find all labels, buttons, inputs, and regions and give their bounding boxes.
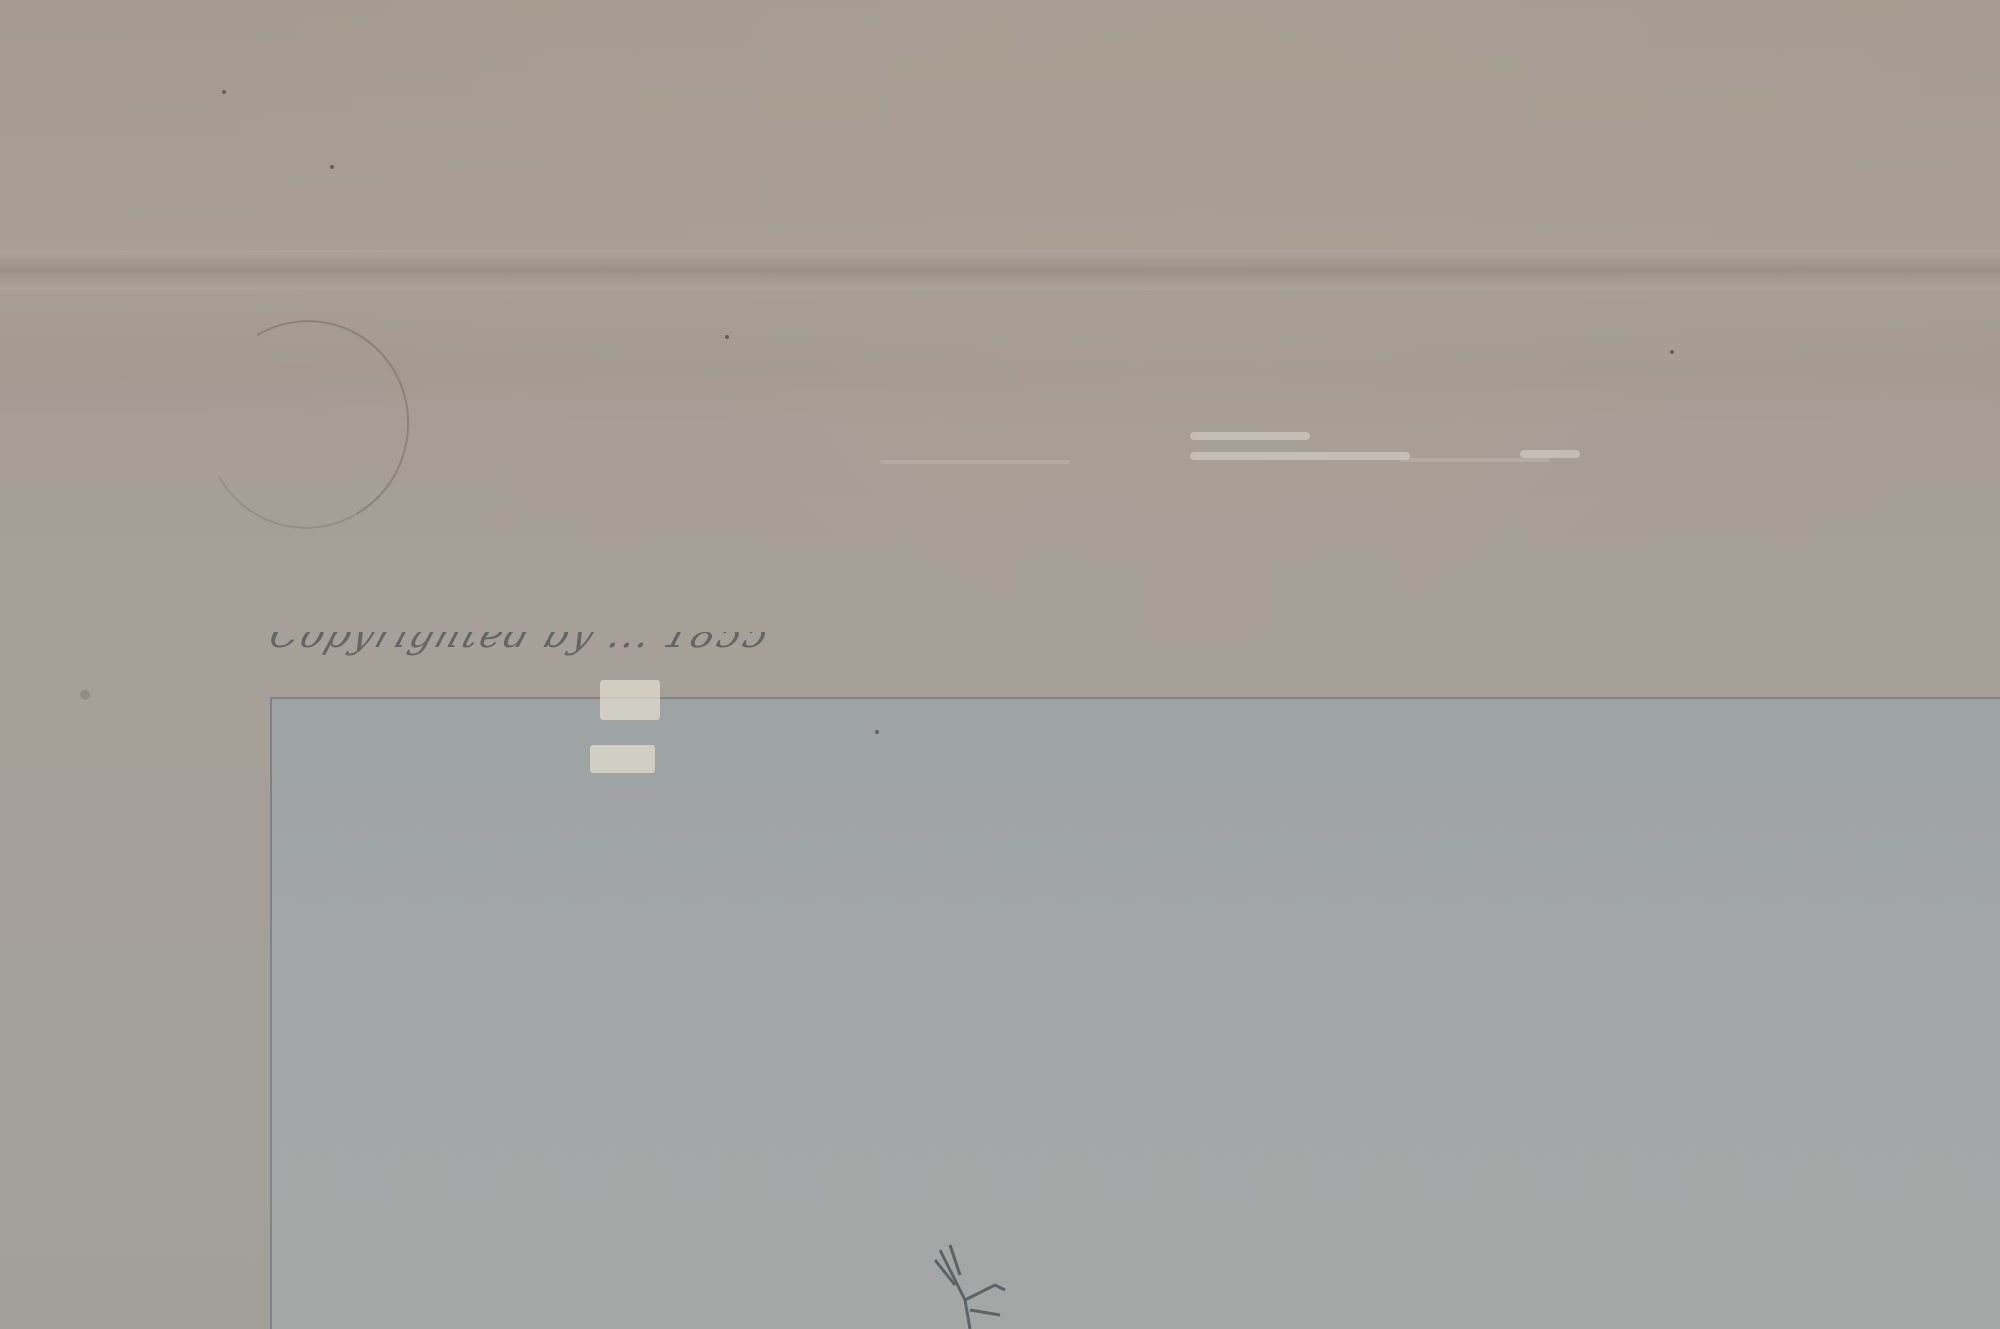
speck <box>875 730 879 734</box>
sketch-fragment <box>910 1230 1030 1329</box>
speck <box>725 335 729 339</box>
speck <box>330 165 334 169</box>
abrasion-streak <box>1190 452 1410 460</box>
speck <box>222 90 226 94</box>
paper-loss-mark <box>590 745 655 773</box>
abrasion-streak <box>1520 450 1580 458</box>
paper-loss-mark <box>600 680 660 720</box>
abrasion-streak <box>1190 432 1310 440</box>
abrasion-streak <box>880 460 1070 464</box>
speck <box>1670 350 1674 354</box>
fold-crease <box>0 250 2000 290</box>
print-plate <box>270 697 2000 1329</box>
speck <box>80 690 90 700</box>
abrasion-streak <box>1400 458 1550 462</box>
